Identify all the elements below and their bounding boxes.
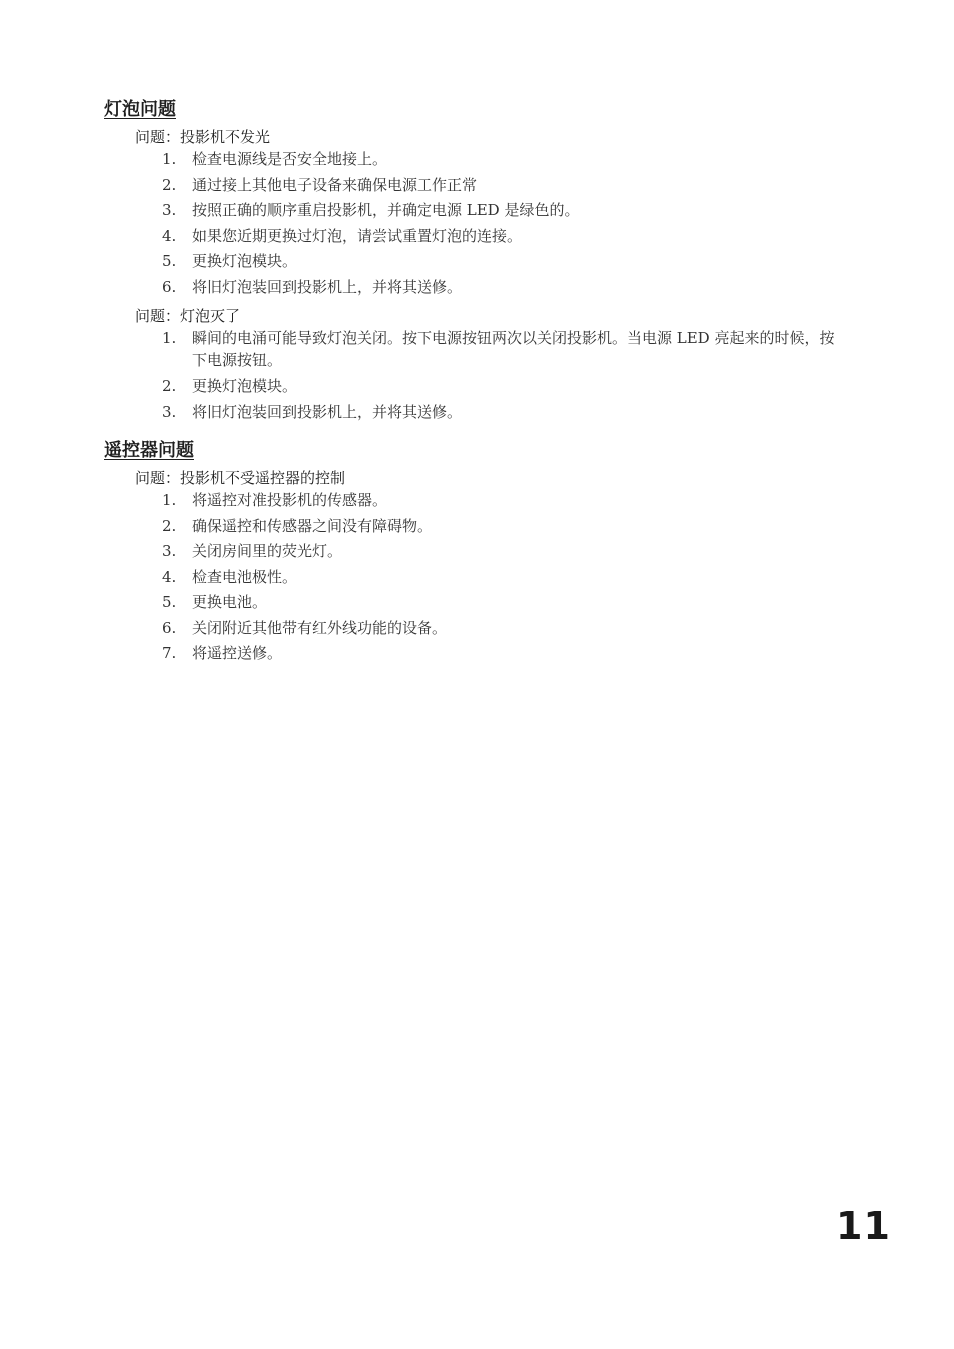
list-item: 6.将旧灯泡装回到投影机上，并将其送修。	[135, 275, 872, 301]
step-text: 如果您近期更换过灯泡，请尝试重置灯泡的连接。	[192, 227, 522, 245]
step-text: 检查电源线是否安全地接上。	[192, 150, 387, 168]
list-item: 3.将旧灯泡装回到投影机上，并将其送修。	[135, 400, 872, 426]
list-item: 6.关闭附近其他带有红外线功能的设备。	[135, 616, 872, 642]
step-text: 关闭附近其他带有红外线功能的设备。	[192, 619, 447, 637]
steps-list: 1.瞬间的电涌可能导致灯泡关闭。按下电源按钮两次以关闭投影机。当电源 LED 亮…	[135, 326, 872, 425]
list-item: 1.将遥控对准投影机的传感器。	[135, 488, 872, 514]
list-item: 1.检查电源线是否安全地接上。	[135, 147, 872, 173]
step-text: 按照正确的顺序重启投影机，并确定电源 LED 是绿色的。	[192, 201, 579, 219]
problem-title: 问题：投影机不发光	[135, 127, 872, 147]
list-item: 2.通过接上其他电子设备来确保电源工作正常	[135, 173, 872, 199]
section-lamp-problems: 灯泡问题 问题：投影机不发光 1.检查电源线是否安全地接上。 2.通过接上其他电…	[104, 99, 872, 425]
step-text: 更换灯泡模块。	[192, 252, 297, 270]
section-title: 灯泡问题	[104, 99, 872, 121]
step-text: 通过接上其他电子设备来确保电源工作正常	[192, 176, 477, 194]
step-number: 2.	[162, 514, 176, 540]
list-item: 4.如果您近期更换过灯泡，请尝试重置灯泡的连接。	[135, 224, 872, 250]
step-number: 7.	[162, 641, 176, 667]
steps-list: 1.将遥控对准投影机的传感器。 2.确保遥控和传感器之间没有障碍物。 3.关闭房…	[135, 488, 872, 667]
list-item: 2.确保遥控和传感器之间没有障碍物。	[135, 514, 872, 540]
step-text: 更换灯泡模块。	[192, 377, 297, 395]
list-item: 3.按照正确的顺序重启投影机，并确定电源 LED 是绿色的。	[135, 198, 872, 224]
list-item: 3.关闭房间里的荧光灯。	[135, 539, 872, 565]
list-item: 7.将遥控送修。	[135, 641, 872, 667]
step-text: 将遥控对准投影机的传感器。	[192, 491, 387, 509]
list-item: 5.更换电池。	[135, 590, 872, 616]
list-item: 5.更换灯泡模块。	[135, 249, 872, 275]
problem-title: 问题：投影机不受遥控器的控制	[135, 468, 872, 488]
list-item: 2.更换灯泡模块。	[135, 374, 872, 400]
section-title: 遥控器问题	[104, 440, 872, 462]
steps-list: 1.检查电源线是否安全地接上。 2.通过接上其他电子设备来确保电源工作正常 3.…	[135, 147, 872, 300]
step-text: 关闭房间里的荧光灯。	[192, 542, 342, 560]
step-number: 4.	[162, 565, 176, 591]
step-number: 3.	[162, 400, 176, 426]
list-item: 1.瞬间的电涌可能导致灯泡关闭。按下电源按钮两次以关闭投影机。当电源 LED 亮…	[135, 326, 837, 374]
problem-remote-not-working: 问题：投影机不受遥控器的控制 1.将遥控对准投影机的传感器。 2.确保遥控和传感…	[135, 468, 872, 667]
step-number: 5.	[162, 590, 176, 616]
step-number: 1.	[162, 327, 176, 349]
step-number: 1.	[162, 488, 176, 514]
step-text: 将遥控送修。	[192, 644, 282, 662]
problem-no-light: 问题：投影机不发光 1.检查电源线是否安全地接上。 2.通过接上其他电子设备来确…	[135, 127, 872, 300]
step-number: 6.	[162, 275, 176, 301]
step-text: 更换电池。	[192, 593, 267, 611]
step-text: 瞬间的电涌可能导致灯泡关闭。按下电源按钮两次以关闭投影机。当电源 LED 亮起来…	[192, 329, 834, 369]
page-number: 11	[836, 1204, 891, 1248]
section-remote-problems: 遥控器问题 问题：投影机不受遥控器的控制 1.将遥控对准投影机的传感器。 2.确…	[104, 440, 872, 667]
step-number: 3.	[162, 539, 176, 565]
step-text: 将旧灯泡装回到投影机上，并将其送修。	[192, 403, 462, 421]
step-number: 6.	[162, 616, 176, 642]
step-number: 3.	[162, 198, 176, 224]
step-text: 检查电池极性。	[192, 568, 297, 586]
step-number: 2.	[162, 173, 176, 199]
step-number: 5.	[162, 249, 176, 275]
step-number: 4.	[162, 224, 176, 250]
step-text: 确保遥控和传感器之间没有障碍物。	[192, 517, 432, 535]
step-text: 将旧灯泡装回到投影机上，并将其送修。	[192, 278, 462, 296]
step-number: 2.	[162, 374, 176, 400]
list-item: 4.检查电池极性。	[135, 565, 872, 591]
problem-title: 问题：灯泡灭了	[135, 306, 872, 326]
problem-lamp-off: 问题：灯泡灭了 1.瞬间的电涌可能导致灯泡关闭。按下电源按钮两次以关闭投影机。当…	[135, 306, 872, 425]
step-number: 1.	[162, 147, 176, 173]
